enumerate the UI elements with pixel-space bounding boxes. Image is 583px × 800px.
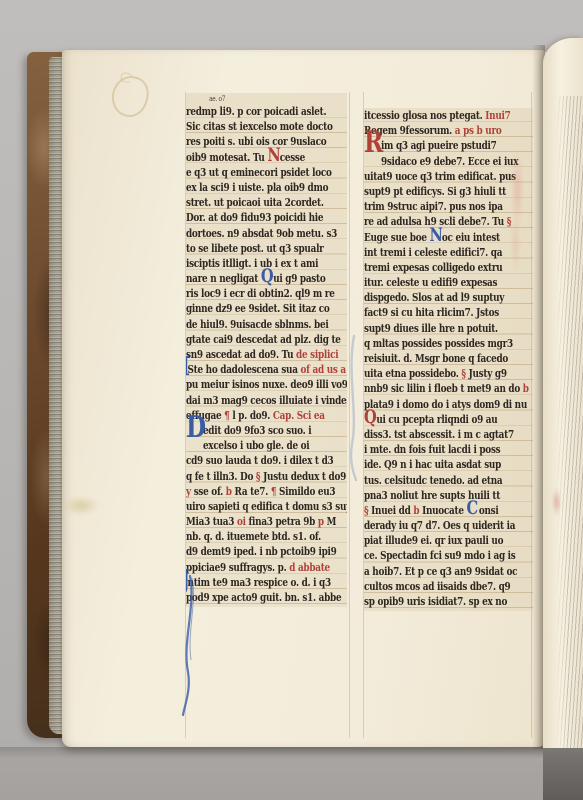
body-text: itur. celeste u edifi9 expesas [364, 275, 497, 289]
body-text: Dor. at do9 fidu93 poicidi hie [186, 210, 323, 224]
body-text: Ste ho dadolescena sua [188, 362, 301, 376]
body-text: ginne dz9 ee 9sidet. Sit itaz co [186, 301, 329, 315]
text-line: redmp li9. p cor poicadi aslet. [186, 104, 347, 119]
body-text: e q3 ut q eminecori psidet loco [186, 165, 332, 179]
text-line: dispgedo. Slos at ad l9 suptuy [364, 290, 533, 305]
body-text: itcessio glosa nos ptegat. [364, 108, 485, 122]
facing-page-text-edge [556, 96, 583, 748]
rubric-text: d abbate [289, 560, 330, 574]
drop-cap-glyph: Q [261, 269, 273, 284]
body-text: ex la sci9 i uiste. pla oib9 dmo [186, 180, 328, 194]
body-text: Justu dedux t do9 [260, 469, 346, 483]
rubric-text: of ad us a [301, 362, 346, 376]
text-line: pna3 noliut hre supts huili tt [364, 488, 533, 503]
body-text: q mltas possides possides mgr3 [364, 336, 513, 350]
text-line: diss3. tst abscessit. i m c agtat7 [364, 427, 533, 442]
body-text: tremi expesas colligedo extru [364, 260, 502, 274]
body-text: fina3 petra 9b [246, 514, 318, 528]
text-line: excelso i ubo gle. de oi [186, 438, 347, 453]
body-text: Euge sue boe [364, 230, 430, 244]
body-text: supt9 pt edificys. Si g3 hiuli tt [364, 184, 506, 198]
drop-cap-glyph: N [430, 228, 443, 243]
body-text: to se libete post. ut q3 spualr [186, 241, 324, 255]
text-line: to se libete post. ut q3 spualr [186, 241, 347, 256]
text-line: ris loc9 i ecr di obtin2. ql9 m re [186, 286, 347, 301]
body-text: sn9 ascedat ad do9. Tu [186, 347, 296, 361]
text-line: d9 demt9 iped. i nb pctoib9 ipi9 [186, 544, 347, 559]
ruling-line-vertical [349, 92, 350, 738]
body-text: Ra te7. [232, 484, 271, 498]
fore-edge-bottom-shadow [543, 748, 583, 800]
body-text: gtate cai9 descedat ad plz. dig te [186, 332, 341, 346]
body-text: d9 demt9 iped. i nb pctoib9 ipi9 [186, 544, 337, 558]
body-text: isciptis itlligt. i ub i ex t ami [186, 256, 318, 270]
body-text: Justy g9 [466, 366, 507, 380]
text-line: de hiul9. 9uisacde sblnms. bei [186, 317, 347, 332]
text-line: Mia3 tua3 oi fina3 petra 9b p M [186, 514, 347, 529]
body-text: Simildo eu3 [276, 484, 335, 498]
body-text: pod9 xpe acto9 guit. bn. s1. abbe [186, 590, 341, 604]
text-line: ginne dz9 ee 9sidet. Sit itaz co [186, 301, 347, 316]
text-line: sn9 ascedat ad do9. Tu de siplici [186, 347, 347, 362]
rubric-text: de siplici [296, 347, 338, 361]
drop-cap-glyph: I [186, 360, 190, 375]
drop-cap-glyph: C [467, 501, 478, 516]
body-text: cultos mcos ad iisaids dbe7. q9 [364, 579, 510, 593]
text-line: q fe t illn3. Do § Justu dedux t do9 [186, 469, 347, 484]
body-text: trim 9struc aipi7. pus nos ipa [364, 199, 503, 213]
body-text: sse of. [191, 484, 226, 498]
text-line: sp opib9 uris isidiat7. sp ex no [364, 594, 533, 609]
body-text: M [324, 514, 336, 528]
body-text: tus. celsitudc tenedo. ad etna [364, 473, 502, 487]
text-line: derady iu q7 d7. Oes q uiderit ia [364, 518, 533, 533]
text-line: uiro sapieti q edifica t domu s3 sup [186, 499, 347, 514]
body-text: oc eiu intest [442, 230, 500, 244]
body-text: im q3 agi pueire pstudi7 [381, 138, 497, 152]
body-text: excelso i ubo gle. de oi [203, 438, 309, 452]
text-line: Sic citas st iexcelso mote docto [186, 119, 347, 134]
body-text: pna3 noliut hre supts huili tt [364, 488, 500, 502]
text-line: i mte. dn fois fuit lacdi i poss [364, 442, 533, 457]
body-text: oib9 motesat. Tu [186, 150, 267, 164]
body-text: i mte. dn fois fuit lacdi i poss [364, 442, 500, 456]
text-line: pu meiur isinos nuxe. deo9 illi vo9 [186, 377, 347, 392]
text-line: pod9 xpe acto9 guit. bn. s1. abbe [186, 590, 347, 605]
drop-cap-initial: C [467, 503, 479, 518]
text-line: Qui cu pcepta rliqndi o9 au [364, 412, 533, 427]
body-text: uitat9 uoce q3 trim edificat. pus [364, 169, 516, 183]
text-line: fact9 si cu hita rlicim7. Jstos [364, 305, 533, 320]
body-text: ris loc9 i ecr di obtin2. ql9 m re [186, 286, 335, 300]
body-text: edit do9 9fo3 sco suo. i [203, 423, 311, 437]
body-text: cesse [280, 150, 305, 164]
body-text: pu meiur isinos nuxe. deo9 illi vo9 [186, 377, 347, 391]
body-text: dai m3 mag9 cecos illuiate i vindes [186, 393, 347, 407]
text-line: e q3 ut q eminecori psidet loco [186, 165, 347, 180]
body-text: res poiti s. ubi ois cor 9uslaco [186, 134, 326, 148]
drop-cap-initial: J [186, 575, 188, 590]
manuscript-photo: ae. o7redmp li9. p cor poicadi aslet.Sic… [0, 0, 583, 800]
body-text: ce. Spectadin fci su9 mdo i ag is [364, 548, 515, 562]
text-line: itur. celeste u edifi9 expesas [364, 275, 533, 290]
text-line: nnb9 sic lilin i floeb t met9 an do b [364, 381, 533, 396]
rubric-text: Inui7 [485, 108, 510, 122]
drop-cap-glyph: N [267, 148, 280, 163]
text-line: reisiuit. d. Msgr bone q facedo [364, 351, 533, 366]
drop-cap-initial: Q [261, 271, 273, 286]
text-line: ex la sci9 i uiste. pla oib9 dmo [186, 180, 347, 195]
body-text: de hiul9. 9uisacde sblnms. bei [186, 317, 328, 331]
text-line: gtate cai9 descedat ad plz. dig te [186, 332, 347, 347]
body-text: ui cu pcepta rliqndi o9 au [376, 412, 497, 426]
stain-gutter [63, 496, 99, 515]
body-text: diss3. tst abscessit. i m c agtat7 [364, 427, 514, 441]
drop-cap-glyph: Q [364, 410, 376, 425]
body-text: uita etna possidebo. [364, 366, 461, 380]
body-text: Inuei dd [371, 503, 413, 517]
ink-showthrough-pink [505, 138, 529, 273]
body-text: ae. o7 [209, 94, 225, 103]
rubric-text: b [523, 381, 529, 395]
body-text: Sic citas st iexcelso mote docto [186, 119, 333, 133]
body-text: Inuocate [422, 503, 466, 517]
body-text: l p. do9. [230, 408, 273, 422]
text-line: ide. Q9 n i hac uita asdat sup [364, 457, 533, 472]
text-line: nare n negligat Qui g9 pasto [186, 271, 347, 286]
table-surface [0, 747, 583, 800]
text-line: a hoib7. Et p ce q3 an9 9sidat oc [364, 564, 533, 579]
body-text: piat illude9 ei. qr iux pauli uo [364, 533, 503, 547]
text-line: Regem 9fessorum. a ps b uro [364, 123, 533, 138]
text-line: effugae ¶ l p. do9. Cap. Sci ea [186, 408, 347, 423]
body-text: derady iu q7 d7. Oes q uiderit ia [364, 518, 515, 532]
rubric-text: oi [237, 514, 246, 528]
text-line: supt9 diues ille hre n potuit. [364, 321, 533, 336]
text-line: nb. q. d. ituemete btd. s1. of. [186, 529, 347, 544]
body-text: uiro sapieti q edifica t domu s3 sup [186, 499, 347, 513]
drop-cap-initial: N [430, 230, 442, 245]
drop-cap-initial: N [267, 150, 279, 165]
text-line: Dedit do9 9fo3 sco suo. i [186, 423, 347, 438]
body-text: a hoib7. Et p ce q3 an9 9sidat oc [364, 564, 517, 578]
body-text: redmp li9. p cor poicadi aslet. [186, 104, 326, 118]
body-text: ppiciae9 suffragys. p. [186, 560, 289, 574]
text-line: dai m3 mag9 cecos illuiate i vindes [186, 393, 347, 408]
body-text: sp opib9 uris isidiat7. sp ex no [364, 594, 507, 608]
text-line: ISte ho dadolescena sua of ad us a [186, 362, 347, 377]
text-line: § Inuei dd b Inuocate Consi [364, 503, 533, 518]
text-line: itcessio glosa nos ptegat. Inui7 [364, 108, 533, 123]
body-text: Mia3 tua3 [186, 514, 237, 528]
drop-cap-initial: R [364, 138, 381, 153]
text-line: piat illude9 ei. qr iux pauli uo [364, 533, 533, 548]
body-text: q fe t illn3. Do [186, 469, 256, 483]
body-text: nnb9 sic lilin i floeb t met9 an do [364, 381, 523, 395]
text-line: Dor. at do9 fidu93 poicidi hie [186, 210, 347, 225]
text-line: tus. celsitudc tenedo. ad etna [364, 473, 533, 488]
text-line: q mltas possides possides mgr3 [364, 336, 533, 351]
text-line: uita etna possidebo. § Justy g9 [364, 366, 533, 381]
text-line: y sse of. b Ra te7. ¶ Simildo eu3 [186, 484, 347, 499]
text-line: stret. ut poicaoi uita 2cordet. [186, 195, 347, 210]
text-line: ppiciae9 suffragys. p. d abbate [186, 560, 347, 575]
text-line: oib9 motesat. Tu Ncesse [186, 150, 347, 165]
body-text: stret. ut poicaoi uita 2cordet. [186, 195, 324, 209]
body-text: supt9 diues ille hre n potuit. [364, 321, 498, 335]
text-column-left: ae. o7redmp li9. p cor poicadi aslet.Sic… [186, 93, 347, 607]
body-text: nb. q. d. ituemete btd. s1. of. [186, 529, 321, 543]
text-line: cd9 suo lauda t do9. i dilex t d3 [186, 453, 347, 468]
text-line: dortoes. n9 absdat 9ob metu. s3 [186, 226, 347, 241]
drop-cap-initial: I [186, 362, 188, 377]
body-text: ide. Q9 n i hac uita asdat sup [364, 457, 501, 471]
drop-cap-initial: D [186, 423, 203, 438]
facing-page-curl [543, 38, 583, 752]
body-text: reisiuit. d. Msgr bone q facedo [364, 351, 508, 365]
text-line: ce. Spectadin fci su9 mdo i ag is [364, 548, 533, 563]
body-text: dispgedo. Slos at ad l9 suptuy [364, 290, 504, 304]
body-text: nare n negligat [186, 271, 261, 285]
rubric-text: a ps b uro [455, 123, 502, 137]
body-text: int tremi i celeste edifici7. qa [364, 245, 502, 259]
text-line: Jntim te9 ma3 respice o. d. i q3 [186, 575, 347, 590]
drop-cap-glyph: R [364, 135, 383, 150]
body-text: cd9 suo lauda t do9. i dilex t d3 [186, 453, 333, 467]
text-line: plata9 i domo do i atys dom9 di nu [364, 397, 533, 412]
body-text: dortoes. n9 absdat 9ob metu. s3 [186, 226, 337, 240]
body-text: ntim te9 ma3 respice o. d. i q3 [188, 575, 331, 589]
text-line: cultos mcos ad iisaids dbe7. q9 [364, 579, 533, 594]
body-text: onsi [479, 503, 499, 517]
body-text: ui g9 pasto [273, 271, 325, 285]
facing-page-red-mark [552, 488, 561, 516]
body-text: plata9 i domo do i atys dom9 di nu [364, 397, 527, 411]
drop-cap-glyph: D [186, 420, 206, 435]
drop-cap-initial: Q [364, 412, 376, 427]
text-line: ae. o7 [186, 93, 347, 104]
body-text: 9sidaco e9 debe7. Ecce ei iux [381, 154, 518, 168]
body-text: fact9 si cu hita rlicim7. Jstos [364, 305, 499, 319]
drop-cap-glyph: J [186, 573, 190, 588]
rubric-text: Cap. Sci ea [273, 408, 325, 422]
